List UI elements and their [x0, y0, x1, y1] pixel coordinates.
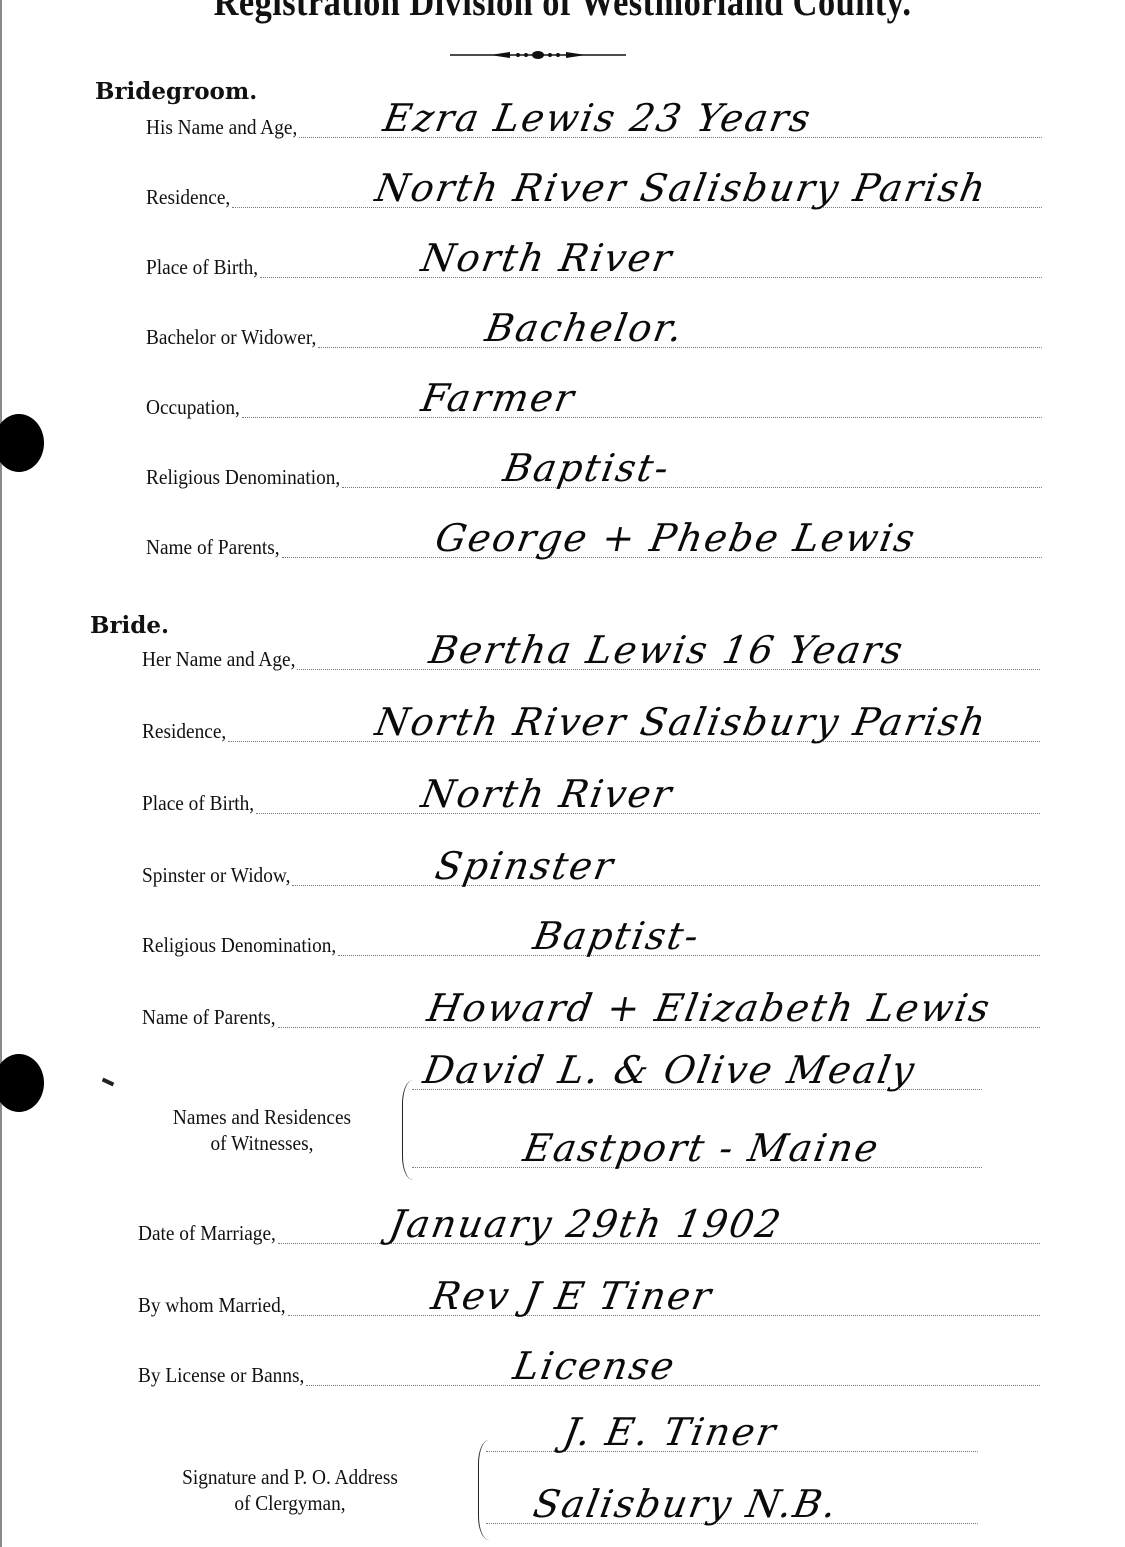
- ornament-divider-icon: [450, 50, 626, 60]
- bride-field-label: Residence,: [142, 719, 226, 744]
- witness-residence: Eastport - Maine: [520, 1126, 883, 1170]
- groom-field-label: Occupation,: [146, 395, 240, 420]
- bride-field-label: Place of Birth,: [142, 791, 254, 816]
- clergyman-address-line: Salisbury N.B.: [0, 1490, 1125, 1530]
- bride-field-label: Name of Parents,: [142, 1005, 276, 1030]
- witness-names: David L. & Olive Mealy: [420, 1048, 919, 1092]
- dotted-line: [342, 487, 1042, 488]
- groom-field-value: North River Salisbury Parish: [372, 166, 991, 210]
- bride-field-row: Spinster or Widow,Spinster: [0, 852, 1125, 892]
- dotted-line: [292, 885, 1040, 886]
- dotted-line: [242, 417, 1042, 418]
- bride-field-value: Baptist-: [530, 914, 704, 958]
- bridegroom-heading: Bridegroom.: [95, 78, 257, 105]
- bride-heading: Bride.: [90, 612, 169, 639]
- groom-field-value: Baptist-: [500, 446, 674, 490]
- clergyman-address: Salisbury N.B.: [530, 1482, 842, 1526]
- clergyman-signature-line: J. E. Tiner: [0, 1418, 1125, 1458]
- bride-field-value: Spinster: [432, 844, 618, 888]
- bride-field-row: Religious Denomination,Baptist-: [0, 922, 1125, 962]
- witness-line-2: Eastport - Maine: [0, 1134, 1125, 1174]
- marriage-field-label: By License or Banns,: [138, 1363, 304, 1388]
- groom-field-row: Name of Parents,George + Phebe Lewis: [0, 524, 1125, 564]
- groom-field-label: Residence,: [146, 185, 230, 210]
- bride-field-label: Her Name and Age,: [142, 647, 295, 672]
- bride-field-label: Spinster or Widow,: [142, 863, 290, 888]
- bride-field-label: Religious Denomination,: [142, 933, 336, 958]
- marriage-field-label: Date of Marriage,: [138, 1221, 276, 1246]
- marriage-field-row: By License or Banns,License: [0, 1352, 1125, 1392]
- groom-field-value: Farmer: [418, 376, 579, 420]
- groom-field-value: Ezra Lewis 23 Years: [380, 96, 815, 140]
- groom-field-row: His Name and Age,Ezra Lewis 23 Years: [0, 104, 1125, 144]
- clergyman-signature: J. E. Tiner: [560, 1410, 781, 1454]
- groom-field-label: Name of Parents,: [146, 535, 280, 560]
- bride-field-row: Her Name and Age,Bertha Lewis 16 Years: [0, 636, 1125, 676]
- marriage-field-row: By whom Married,Rev J E Tiner: [0, 1282, 1125, 1322]
- groom-field-value: North River: [418, 236, 677, 280]
- bride-field-value: North River: [418, 772, 677, 816]
- groom-field-value: George + Phebe Lewis: [432, 516, 920, 560]
- groom-field-row: Residence,North River Salisbury Parish: [0, 174, 1125, 214]
- bride-field-row: Residence,North River Salisbury Parish: [0, 708, 1125, 748]
- bride-field-value: Howard + Elizabeth Lewis: [424, 986, 995, 1030]
- groom-field-label: Bachelor or Widower,: [146, 325, 316, 350]
- marriage-field-label: By whom Married,: [138, 1293, 286, 1318]
- groom-field-row: Religious Denomination,Baptist-: [0, 454, 1125, 494]
- bride-field-value: Bertha Lewis 16 Years: [426, 628, 908, 672]
- document-title: Registration Division of Westmorland Cou…: [79, 0, 1047, 25]
- groom-field-row: Place of Birth,North River: [0, 244, 1125, 284]
- marriage-field-value: January 29th 1902: [386, 1202, 786, 1246]
- bride-field-row: Place of Birth,North River: [0, 780, 1125, 820]
- groom-field-label: Religious Denomination,: [146, 465, 340, 490]
- bride-field-value: North River Salisbury Parish: [372, 700, 991, 744]
- groom-field-value: Bachelor.: [482, 306, 688, 350]
- groom-field-label: His Name and Age,: [146, 115, 297, 140]
- marriage-field-row: Date of Marriage,January 29th 1902: [0, 1210, 1125, 1250]
- marriage-field-value: License: [510, 1344, 679, 1388]
- dotted-line: [306, 1385, 1040, 1386]
- witness-line-1: David L. & Olive Mealy: [0, 1056, 1125, 1096]
- witnesses-label-line1: Names and Residences: [142, 1104, 381, 1130]
- bride-field-row: Name of Parents,Howard + Elizabeth Lewis: [0, 994, 1125, 1034]
- groom-field-label: Place of Birth,: [146, 255, 258, 280]
- groom-field-row: Bachelor or Widower,Bachelor.: [0, 314, 1125, 354]
- clergyman-label-line1: Signature and P. O. Address: [143, 1464, 437, 1490]
- marriage-field-value: Rev J E Tiner: [428, 1274, 716, 1318]
- groom-field-row: Occupation,Farmer: [0, 384, 1125, 424]
